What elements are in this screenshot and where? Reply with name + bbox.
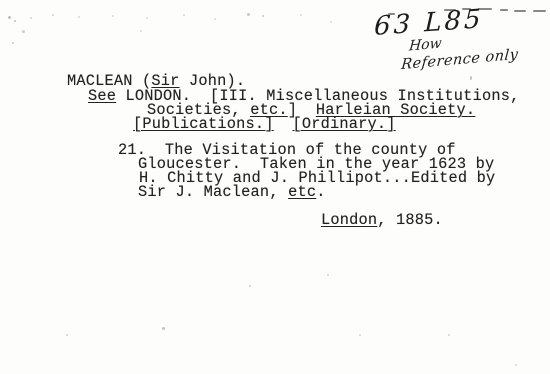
text-segment-underlined: See: [88, 87, 116, 105]
text-segment: Sir J. Maclean,: [138, 183, 288, 201]
text-segment-underlined: London: [321, 211, 377, 229]
entry-title-line-4: Sir J. Maclean, etc.: [138, 185, 326, 200]
text-segment: [274, 115, 293, 133]
text-segment-underlined: [Publications.]: [133, 115, 274, 133]
text-segment-underlined: etc: [288, 183, 316, 201]
text-segment-underlined: [Ordinary.]: [292, 115, 395, 133]
text-segment: .: [316, 183, 325, 201]
imprint-line: London, 1885.: [321, 213, 443, 228]
handwritten-note-how: How: [408, 35, 442, 54]
library-catalog-card: 63 L85 How Reference only MACLEAN (Sir J…: [0, 0, 550, 374]
text-segment: , 1885.: [377, 211, 443, 229]
subheading-brackets-line: [Publications.] [Ordinary.]: [133, 117, 396, 132]
